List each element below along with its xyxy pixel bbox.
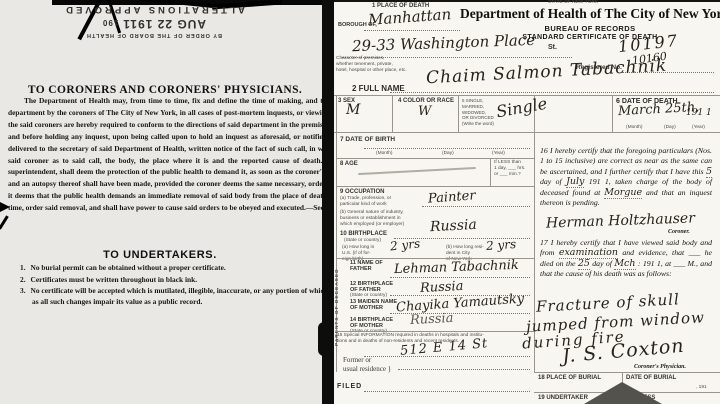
date-of-birth-label: 7 DATE OF BIRTH	[340, 136, 395, 143]
item-text: No burial permit can be obtained without…	[31, 263, 226, 272]
dob-line	[364, 148, 530, 149]
former-residence-brace: }	[388, 365, 391, 373]
scanned-document: BY ORDER OF THE BOARD OF HEALTH AUG 22 1…	[0, 0, 720, 404]
dod-year-sub: (Year)	[692, 125, 705, 131]
dod-month-sub: (Month)	[626, 125, 643, 131]
occupation-b-note: (b) General nature of industry, business…	[340, 210, 404, 227]
edge-mark-triangle	[0, 202, 10, 212]
age-note-line: If LESS than	[494, 160, 525, 166]
row-rule	[334, 132, 720, 133]
birthplace-label: 10 BIRTHPLACE	[340, 231, 387, 237]
coroner-cert-text: 16 I hereby certify that the foregoing p…	[540, 146, 712, 176]
age-note: If LESS than 1 day, ___ hrs. or ___ min.…	[494, 160, 525, 177]
stamp-date-line: AUG 22 1911190	[56, 17, 252, 31]
father-name-line	[390, 277, 530, 278]
father-name-label: 11 NAME OF FATHER	[350, 260, 383, 272]
father-name-label-line: FATHER	[350, 266, 383, 272]
coroner-cert-found-at: Morgue	[604, 187, 642, 199]
residency-note-line: U.S. (if of for-	[342, 251, 374, 257]
residency-note-line: (a) How long in	[342, 245, 374, 251]
former-residence-label: Former or usual residence }	[343, 356, 391, 373]
item-number: 3.	[20, 286, 26, 295]
birthplace-sub: (State or country)	[344, 238, 381, 244]
premises-note-line: hotel, hospital or other place, etc.	[336, 68, 407, 74]
dob-year-sub: (Year)	[492, 151, 505, 157]
parents-bottom-rule	[336, 331, 534, 332]
alterations-approved-stamp: BY ORDER OF THE BOARD OF HEALTH AUG 22 1…	[56, 4, 252, 38]
physician-cert-day: 25	[578, 258, 590, 270]
undertaker-label: 19 UNDERTAKER	[538, 395, 588, 401]
occupation-label: 9 OCCUPATION	[340, 189, 384, 195]
death-certificate-page: 1 PLACE OF DEATH STATE OF NEW YORK Depar…	[334, 0, 720, 404]
instructions-page: BY ORDER OF THE BOARD OF HEALTH AUG 22 1…	[0, 0, 336, 404]
filed-rule	[364, 391, 530, 392]
coroner-cert-text: day of	[540, 177, 566, 186]
scan-corner-triangle	[584, 382, 662, 404]
occupation-note-line: particular kind of work	[340, 202, 391, 208]
binding-ink-blob	[318, 322, 330, 356]
occupation-note-line: (a) Trade, profession, or	[340, 196, 391, 202]
age-rule	[336, 158, 534, 159]
stamp-approved-line: ALTERATIONS APPROVED	[56, 4, 252, 15]
full-name-value: Chaim Salmon Tabachnik	[426, 56, 668, 89]
dod-day-sub: (Day)	[664, 125, 676, 131]
date-of-burial-label: DATE OF BURIAL	[626, 375, 676, 381]
burial-top-rule	[534, 372, 720, 373]
occupation-value: Painter	[428, 188, 477, 206]
birthplace-value: Russia	[430, 217, 478, 235]
dob-month-sub: (Month)	[376, 151, 393, 157]
physician-cert-month: Mch	[614, 258, 635, 270]
father-birthplace-value: Russia	[420, 279, 464, 296]
undertakers-heading: TO UNDERTAKERS.	[0, 249, 320, 261]
stamp-date: AUG 22 1911	[122, 17, 206, 31]
coroner-title: Coroner.	[668, 229, 690, 235]
sex-value: M	[346, 102, 360, 118]
age-note-line: or ___ min.?	[494, 172, 525, 178]
mother-name-label: 13 MAIDEN NAME OF MOTHER	[350, 299, 397, 311]
mother-birthplace-value: Russia	[410, 311, 454, 328]
full-name-line	[390, 92, 714, 93]
occupation-note-line: which employed (or employer)	[340, 222, 404, 228]
physician-certification: 17 I hereby certify that I have viewed s…	[540, 238, 712, 280]
stamp-by-order-line: BY ORDER OF THE BOARD OF HEALTH	[56, 32, 252, 38]
residency-note-line: (b) How long resi-	[446, 245, 484, 251]
coroner-cert-day: 5	[706, 166, 712, 178]
color-race-value: W	[418, 104, 431, 119]
marital-label-line: (Write the word)	[462, 121, 494, 127]
filed-label: FILED	[337, 383, 362, 390]
coroner-cert-text: 191 1,	[584, 177, 615, 186]
department-title: Department of Health of The City of New …	[460, 6, 720, 22]
occupation-note-line: (b) General nature of industry,	[340, 210, 404, 216]
age-label: 8 AGE	[340, 161, 358, 167]
street-label: St.	[548, 44, 557, 51]
item-text: No certificate will be accepted which is	[31, 286, 155, 295]
mother-name-label-line: OF MOTHER	[350, 305, 397, 311]
occupation-a-note: (a) Trade, profession, or particular kin…	[340, 196, 391, 208]
former-residence-line: Former or	[343, 356, 371, 364]
age-note-line: 1 day, ___ hrs.	[494, 166, 525, 172]
place-of-burial-label: 18 PLACE OF BURIAL	[538, 375, 601, 381]
former-residence-rule	[398, 369, 530, 370]
occupation-note-line: business or establishment in	[340, 216, 404, 222]
item-number: 2.	[20, 275, 26, 284]
residency-nyc-value: 2 yrs	[486, 237, 517, 253]
item-text: as all such changes impair its value as …	[32, 297, 202, 306]
marital-value: Single	[495, 94, 549, 122]
physician-title: Coroner's Physician.	[634, 364, 686, 370]
coroner-cert-month: July	[566, 176, 584, 188]
father-birthplace-label: 12 BIRTHPLACE OF FATHER (State or countr…	[350, 281, 393, 299]
residency-us-value: 2 yrs	[389, 236, 420, 253]
coroner-certification: 16 I hereby certify that the foregoing p…	[540, 146, 712, 208]
cell-rule	[612, 95, 613, 132]
age-cell-rule	[490, 158, 491, 186]
state-of-new-york-label: STATE OF NEW YORK	[548, 0, 598, 6]
cell-rule	[458, 95, 459, 132]
item-number: 1.	[20, 263, 26, 272]
date-of-death-year: 191 1	[686, 108, 712, 118]
borough-line	[364, 30, 460, 31]
street-address-value: 29-33 Washington Place	[352, 31, 536, 55]
age-bottom-rule	[336, 186, 534, 187]
scan-top-edge	[334, 0, 720, 2]
father-name-value: Lehman Tabachnik	[394, 258, 519, 277]
former-residence-line: usual residence	[343, 365, 386, 373]
dob-day-sub: (Day)	[442, 151, 454, 157]
date-of-burial-year: , 191	[696, 385, 707, 391]
occupation-line	[422, 206, 530, 207]
marital-label: 5 SINGLE, MARRIED, WIDOWED, OR DIVORCED …	[462, 98, 494, 127]
physician-cert-text: day of	[590, 259, 614, 268]
father-bp-sub: (State or country)	[350, 293, 393, 299]
item-text: Certificates must be written throughout …	[31, 275, 198, 284]
cell-rule	[392, 95, 393, 132]
age-pencil-mark	[358, 167, 476, 175]
stamp-year-fragment: 190	[102, 18, 118, 27]
premises-note: Character of premises, whether tenement,…	[336, 56, 407, 73]
